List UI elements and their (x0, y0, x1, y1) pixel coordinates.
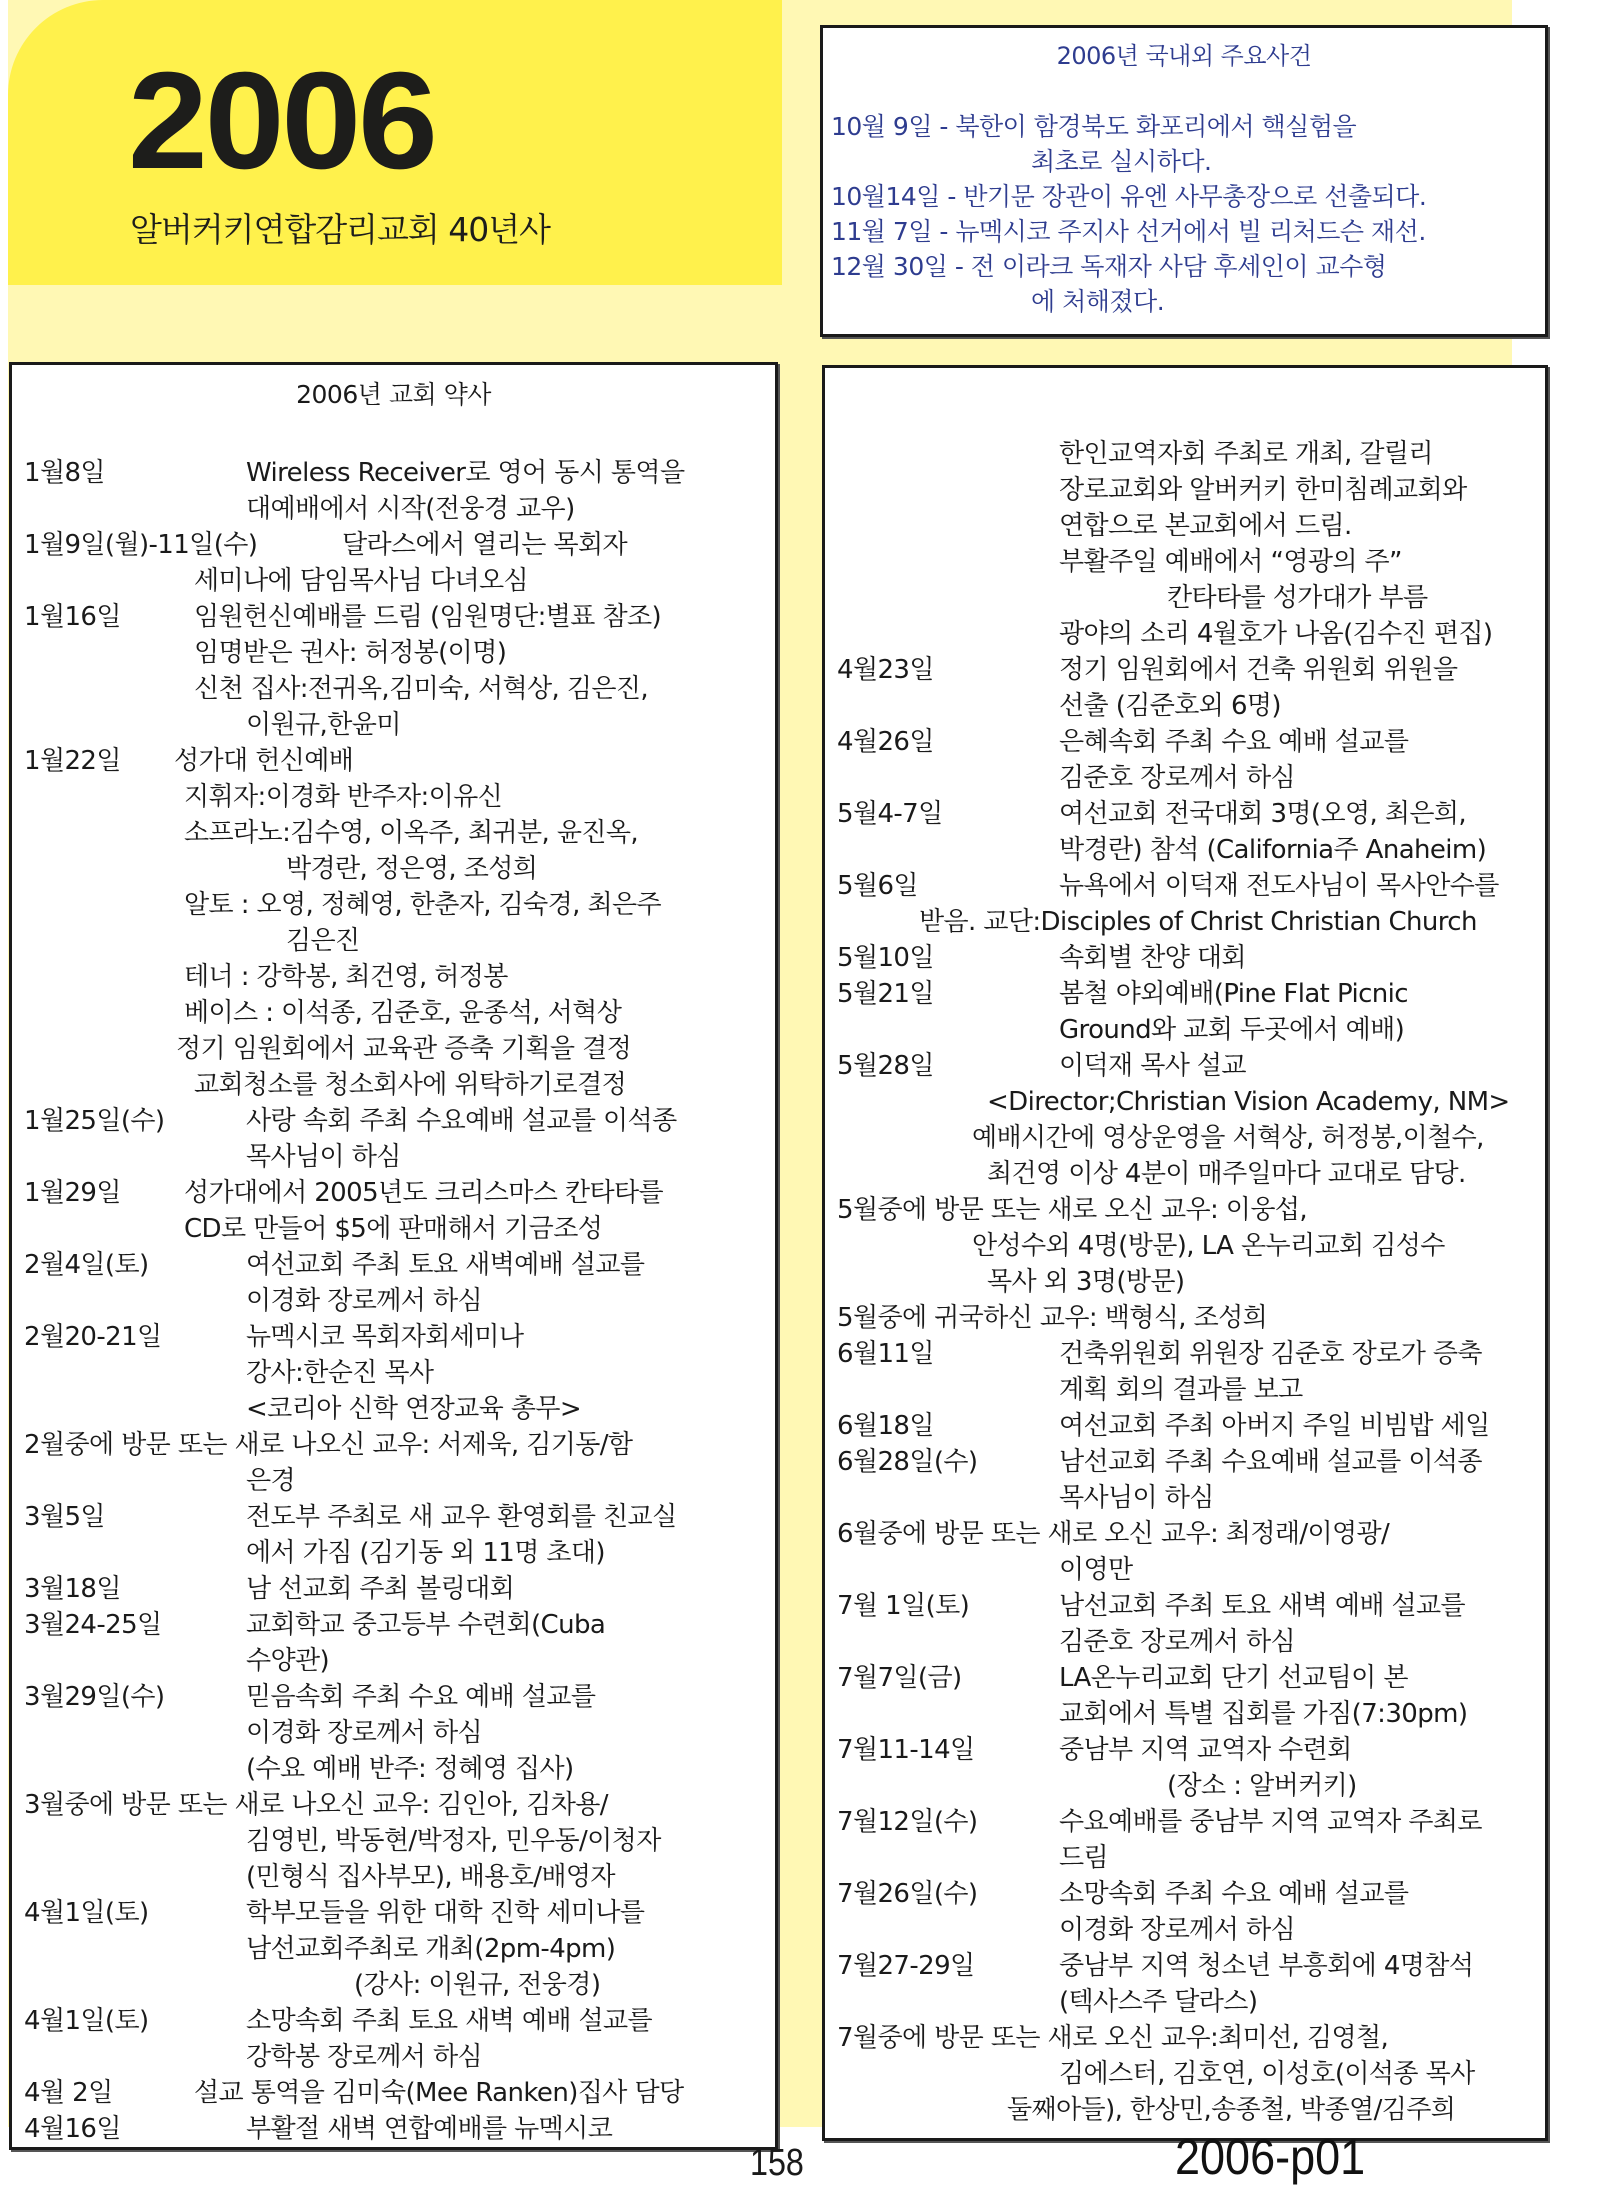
history-entry-line: 6월18일여선교회 주최 아버지 주일 비빔밥 세일 (837, 1408, 1545, 1444)
entry-text: 학부모들을 위한 대학 진학 세미나를 (246, 1895, 644, 1931)
history-entry-line: 최건영 이상 4분이 매주일마다 교대로 담당. (837, 1156, 1545, 1192)
history-entry-line: 7월중에 방문 또는 새로 오신 교우:최미선, 김영철, (837, 2020, 1545, 2056)
entry-date: 6월11일 (837, 1336, 934, 1372)
history-entry-line: 4월23일정기 임원회에서 건축 위원회 위원을 (837, 652, 1545, 688)
book-subtitle: 알버커키연합감리교회 40년사 (130, 204, 550, 251)
world-events-box: 2006년 국내외 주요사건 10월 9일 - 북한이 함경북도 화포리에서 핵… (820, 25, 1548, 337)
entry-text: 속회별 찬양 대회 (1059, 940, 1246, 976)
entry-text: 이영만 (1059, 1552, 1133, 1588)
entry-text: 목사님이 하심 (1059, 1480, 1214, 1516)
history-entry-line: 7월12일(수)수요예배를 중남부 지역 교역자 주최로 (837, 1804, 1545, 1840)
history-entry-line: 3월24-25일교회학교 중고등부 수련회(Cuba (24, 1607, 775, 1643)
entry-text: 안성수외 4명(방문), LA 온누리교회 김성수 (972, 1228, 1445, 1264)
entry-date: 4월1일(토) (24, 2003, 149, 2039)
history-entry-line: 5월10일속회별 찬양 대회 (837, 940, 1545, 976)
history-entry-line: 광야의 소리 4월호가 나옴(김수진 편집) (837, 616, 1545, 652)
history-entry-line: 5월6일뉴욕에서 이덕재 전도사님이 목사안수를 (837, 868, 1545, 904)
history-list-right: 한인교역자회 주최로 개최, 갈릴리장로교회와 알버커키 한미침례교회와연합으로… (825, 436, 1545, 2128)
history-entry-line: 김준호 장로께서 하심 (837, 760, 1545, 796)
entry-text: 교회학교 중고등부 수련회(Cuba (246, 1607, 605, 1643)
entry-date: 1월22일 (24, 743, 121, 779)
history-entry-line: 교회에서 특별 집회를 가짐(7:30pm) (837, 1696, 1545, 1732)
entry-text: 장로교회와 알버커키 한미침례교회와 (1059, 472, 1467, 508)
entry-text: 김은진 (286, 923, 360, 959)
entry-date: 2월20-21일 (24, 1319, 162, 1355)
world-event-line: 에 처해졌다. (831, 284, 1545, 319)
world-event-line: 12월 30일 - 전 이라크 독재자 사담 후세인이 교수형 (831, 249, 1545, 284)
history-entry-line: 베이스 : 이석종, 김준호, 윤종석, 서혁상 (24, 995, 775, 1031)
entry-date: 7월중에 방문 또는 새로 오신 교우:최미선, 김영철, (837, 2020, 1388, 2056)
entry-text: 뉴욕에서 이덕재 전도사님이 목사안수를 (1059, 868, 1499, 904)
entry-text: 은경 (246, 1463, 295, 1499)
world-events-list: 10월 9일 - 북한이 함경북도 화포리에서 핵실험을최초로 실시하다.10월… (823, 109, 1545, 319)
page-code: 2006-p01 (1175, 2128, 1365, 2186)
entry-text: 이경화 장로께서 하심 (246, 1715, 482, 1751)
entry-date: 2월4일(토) (24, 1247, 149, 1283)
history-entry-line: 박경란) 참석 (California주 Anaheim) (837, 832, 1545, 868)
entry-date: 6월28일(수) (837, 1444, 977, 1480)
history-entry-line: 4월26일은혜속회 주최 수요 예배 설교를 (837, 724, 1545, 760)
entry-text: CD로 만들어 $5에 판매해서 기금조성 (184, 1211, 602, 1247)
entry-text: 성가대 헌신예배 (174, 743, 353, 779)
page-number: 158 (750, 2142, 804, 2185)
church-history-right-column: 한인교역자회 주최로 개최, 갈릴리장로교회와 알버커키 한미침례교회와연합으로… (822, 365, 1548, 2141)
entry-date: 1월29일 (24, 1175, 121, 1211)
entry-text: 임명받은 권사: 허정봉(이명) (194, 635, 506, 671)
entry-text: 남선교회 주최 토요 새벽 예배 설교를 (1059, 1588, 1465, 1624)
entry-text: 임원헌신예배를 드림 (임원명단:별표 참조) (194, 599, 661, 635)
history-entry-line: 연합으로 본교회에서 드림. (837, 508, 1545, 544)
entry-text: LA온누리교회 단기 선교팀이 본 (1059, 1660, 1408, 1696)
entry-text: 테너 : 강학봉, 최건영, 허정봉 (184, 959, 508, 995)
history-entry-line: 7월 1일(토)남선교회 주최 토요 새벽 예배 설교를 (837, 1588, 1545, 1624)
history-entry-line: 지휘자:이경화 반주자:이유신 (24, 779, 775, 815)
history-entry-line: 드림 (837, 1840, 1545, 1876)
entry-date: 5월21일 (837, 976, 934, 1012)
entry-date: 5월중에 귀국하신 교우: 백형식, 조성희 (837, 1300, 1267, 1336)
history-entry-line: 둘째아들), 한상민,송종철, 박종열/김주희 (837, 2092, 1545, 2128)
entry-text: (강사: 이원규, 전웅경) (354, 1967, 600, 2003)
entry-text: 알토 : 오영, 정혜영, 한춘자, 김숙경, 최은주 (184, 887, 661, 923)
history-entry-line: 예배시간에 영상운영을 서혁상, 허정봉,이철수, (837, 1120, 1545, 1156)
entry-date: 5월4-7일 (837, 796, 943, 832)
entry-text: (민형식 집사부모), 배용호/배영자 (246, 1859, 615, 1895)
entry-text: 강사:한순진 목사 (246, 1355, 433, 1391)
history-entry-line: 2월20-21일뉴멕시코 목회자회세미나 (24, 1319, 775, 1355)
entry-date: 3월중에 방문 또는 새로 나오신 교우: 김인아, 김차용/ (24, 1787, 608, 1823)
entry-text: 한인교역자회 주최로 개최, 갈릴리 (1059, 436, 1433, 472)
history-entry-line: 목사님이 하심 (24, 1139, 775, 1175)
entry-text: 전도부 주최로 새 교우 환영회를 친교실 (246, 1499, 677, 1535)
history-entry-line: 강사:한순진 목사 (24, 1355, 775, 1391)
history-entry-line: 5월중에 방문 또는 새로 오신 교우: 이웅섭, (837, 1192, 1545, 1228)
entry-text: 신천 집사:전귀옥,김미숙, 서혁상, 김은진, (194, 671, 648, 707)
history-entry-line: 5월4-7일여선교회 전국대회 3명(오영, 최은희, (837, 796, 1545, 832)
entry-text: 김준호 장로께서 하심 (1059, 760, 1295, 796)
entry-text: 둘째아들), 한상민,송종철, 박종열/김주희 (1007, 2092, 1455, 2128)
entry-text: 은혜속회 주최 수요 예배 설교를 (1059, 724, 1408, 760)
entry-text: Wireless Receiver로 영어 동시 통역을 (246, 455, 684, 491)
entry-date: 4월23일 (837, 652, 934, 688)
history-entry-line: 테너 : 강학봉, 최건영, 허정봉 (24, 959, 775, 995)
entry-text: (텍사스주 달라스) (1059, 1984, 1257, 2020)
entry-text: 이경화 장로께서 하심 (246, 1283, 482, 1319)
entry-text: <코리아 신학 연장교육 총무> (246, 1391, 581, 1427)
world-event-line: 10월14일 - 반기문 장관이 유엔 사무총장으로 선출되다. (831, 179, 1545, 214)
entry-text: 지휘자:이경화 반주자:이유신 (184, 779, 502, 815)
entry-date: 7월11-14일 (837, 1732, 975, 1768)
entry-date: 5월중에 방문 또는 새로 오신 교우: 이웅섭, (837, 1192, 1307, 1228)
entry-text: 정기 임원회에서 건축 위원회 위원을 (1059, 652, 1457, 688)
entry-text: 여선교회 전국대회 3명(오영, 최은희, (1059, 796, 1466, 832)
entry-text: 이경화 장로께서 하심 (1059, 1912, 1295, 1948)
history-entry-line: 수양관) (24, 1643, 775, 1679)
history-entry-line: 7월11-14일중남부 지역 교역자 수련회 (837, 1732, 1545, 1768)
entry-text: <Director;Christian Vision Academy, NM> (987, 1084, 1510, 1120)
history-entry-line: 계획 회의 결과를 보고 (837, 1372, 1545, 1408)
entry-text: 여선교회 주최 아버지 주일 비빔밥 세일 (1059, 1408, 1490, 1444)
entry-text: 이원규,한윤미 (246, 707, 401, 743)
entry-date: 6월중에 방문 또는 새로 오신 교우: 최정래/이영광/ (837, 1516, 1389, 1552)
entry-text: 여선교회 주최 토요 새벽예배 설교를 (246, 1247, 644, 1283)
entry-text: 받음. 교단:Disciples of Christ Christian Chu… (919, 904, 1477, 940)
history-entry-line: (강사: 이원규, 전웅경) (24, 1967, 775, 2003)
history-entry-line: 세미나에 담임목사님 다녀오심 (24, 563, 775, 599)
history-entry-line: 한인교역자회 주최로 개최, 갈릴리 (837, 436, 1545, 472)
history-entry-line: 3월18일남 선교회 주최 볼링대회 (24, 1571, 775, 1607)
entry-text: 김준호 장로께서 하심 (1059, 1624, 1295, 1660)
history-entry-line: 5월21일봄철 야외예배(Pine Flat Picnic (837, 976, 1545, 1012)
entry-text: 박경란) 참석 (California주 Anaheim) (1059, 832, 1486, 868)
history-entry-line: 이경화 장로께서 하심 (24, 1715, 775, 1751)
history-entry-line: 정기 임원회에서 교육관 증축 기획을 결정 (24, 1031, 775, 1067)
entry-date: 4월26일 (837, 724, 934, 760)
entry-text: 중남부 지역 교역자 수련회 (1059, 1732, 1352, 1768)
entry-date: 4월1일(토) (24, 1895, 149, 1931)
entry-text: 칸타타를 성가대가 부름 (1167, 580, 1428, 616)
history-entry-line: 4월16일부활절 새벽 연합예배를 뉴멕시코 (24, 2111, 775, 2147)
entry-text: 교회에서 특별 집회를 가짐(7:30pm) (1059, 1696, 1467, 1732)
history-entry-line: 목사 외 3명(방문) (837, 1264, 1545, 1300)
entry-text: 강학봉 장로께서 하심 (246, 2039, 482, 2075)
entry-date: 4월16일 (24, 2111, 121, 2147)
history-entry-line: 3월5일전도부 주최로 새 교우 환영회를 친교실 (24, 1499, 775, 1535)
entry-text: 소망속회 주최 수요 예배 설교를 (1059, 1876, 1408, 1912)
entry-text: 뉴멕시코 목회자회세미나 (246, 1319, 523, 1355)
history-entry-line: CD로 만들어 $5에 판매해서 기금조성 (24, 1211, 775, 1247)
history-entry-line: Ground와 교회 두곳에서 예배) (837, 1012, 1545, 1048)
history-entry-line: 이영만 (837, 1552, 1545, 1588)
history-entry-line: (수요 예배 반주: 정혜영 집사) (24, 1751, 775, 1787)
entry-text: 김에스터, 김호연, 이성호(이석종 목사 (1059, 2056, 1475, 2092)
entry-date: 1월8일 (24, 455, 105, 491)
entry-text: 사랑 속회 주최 수요예배 설교를 이석종 (246, 1103, 677, 1139)
entry-text: 수요예배를 중남부 지역 교역자 주최로 (1059, 1804, 1482, 1840)
entry-date: 7월 1일(토) (837, 1588, 969, 1624)
history-entry-line: 알토 : 오영, 정혜영, 한춘자, 김숙경, 최은주 (24, 887, 775, 923)
entry-date: 4월 2일 (24, 2075, 113, 2111)
entry-date: 1월25일(수) (24, 1103, 164, 1139)
entry-date: 2월중에 방문 또는 새로 나오신 교우: 서제욱, 김기동/함 (24, 1427, 632, 1463)
history-entry-line: 김영빈, 박동현/박정자, 민우동/이청자 (24, 1823, 775, 1859)
history-entry-line: 이경화 장로께서 하심 (837, 1912, 1545, 1948)
entry-text: 소프라노:김수영, 이옥주, 최귀분, 윤진옥, (184, 815, 638, 851)
entry-text: 광야의 소리 4월호가 나옴(김수진 편집) (1059, 616, 1492, 652)
history-entry-line: 이경화 장로께서 하심 (24, 1283, 775, 1319)
entry-date: 3월24-25일 (24, 1607, 162, 1643)
history-entry-line: 임명받은 권사: 허정봉(이명) (24, 635, 775, 671)
history-entry-line: 대예배에서 시작(전웅경 교우) (24, 491, 775, 527)
history-entry-line: 4월1일(토)학부모들을 위한 대학 진학 세미나를 (24, 1895, 775, 1931)
entry-date: 7월12일(수) (837, 1804, 977, 1840)
history-entry-line: 신천 집사:전귀옥,김미숙, 서혁상, 김은진, (24, 671, 775, 707)
history-entry-line: 3월29일(수)믿음속회 주최 수요 예배 설교를 (24, 1679, 775, 1715)
history-entry-line: 1월9일(월)-11일(수)달라스에서 열리는 목회자 (24, 527, 775, 563)
history-entry-line: 박경란, 정은영, 조성희 (24, 851, 775, 887)
entry-text: 중남부 지역 청소년 부흥회에 4명참석 (1059, 1948, 1473, 1984)
entry-text: 김영빈, 박동현/박정자, 민우동/이청자 (246, 1823, 661, 1859)
entry-date: 5월28일 (837, 1048, 934, 1084)
history-entry-line: 에서 가짐 (김기동 외 11명 초대) (24, 1535, 775, 1571)
entry-text: 믿음속회 주최 수요 예배 설교를 (246, 1679, 595, 1715)
history-entry-line: 5월중에 귀국하신 교우: 백형식, 조성희 (837, 1300, 1545, 1336)
church-history-title: 2006년 교회 약사 (12, 375, 775, 411)
entry-date: 7월27-29일 (837, 1948, 975, 1984)
history-entry-line: 선출 (김준호외 6명) (837, 688, 1545, 724)
history-entry-line: 6월11일건축위원회 위원장 김준호 장로가 증축 (837, 1336, 1545, 1372)
history-entry-line: 2월4일(토)여선교회 주최 토요 새벽예배 설교를 (24, 1247, 775, 1283)
history-entry-line: 2월중에 방문 또는 새로 나오신 교우: 서제욱, 김기동/함 (24, 1427, 775, 1463)
entry-date: 5월10일 (837, 940, 934, 976)
entry-text: 목사님이 하심 (246, 1139, 401, 1175)
history-list-left: 1월8일Wireless Receiver로 영어 동시 통역을대예배에서 시작… (12, 455, 775, 2147)
entry-text: 수양관) (246, 1643, 329, 1679)
world-event-line: 10월 9일 - 북한이 함경북도 화포리에서 핵실험을 (831, 109, 1545, 144)
entry-date: 7월26일(수) (837, 1876, 977, 1912)
entry-text: 부활주일 예배에서 “영광의 주” (1059, 544, 1402, 580)
entry-date: 3월29일(수) (24, 1679, 164, 1715)
entry-date: 5월6일 (837, 868, 918, 904)
church-history-left-column: 2006년 교회 약사 1월8일Wireless Receiver로 영어 동시… (9, 362, 778, 2150)
entry-text: 성가대에서 2005년도 크리스마스 칸타타를 (184, 1175, 663, 1211)
history-entry-line: 1월16일임원헌신예배를 드림 (임원명단:별표 참조) (24, 599, 775, 635)
entry-text: 에서 가짐 (김기동 외 11명 초대) (246, 1535, 605, 1571)
history-entry-line: 김은진 (24, 923, 775, 959)
entry-date: 7월7일(금) (837, 1660, 962, 1696)
history-entry-line: <코리아 신학 연장교육 총무> (24, 1391, 775, 1427)
history-entry-line: 소프라노:김수영, 이옥주, 최귀분, 윤진옥, (24, 815, 775, 851)
history-entry-line: 1월29일성가대에서 2005년도 크리스마스 칸타타를 (24, 1175, 775, 1211)
year-heading: 2006 (128, 52, 435, 190)
entry-text: 이덕재 목사 설교 (1059, 1048, 1246, 1084)
entry-text: 최건영 이상 4분이 매주일마다 교대로 담당. (987, 1156, 1466, 1192)
history-entry-line: 1월22일성가대 헌신예배 (24, 743, 775, 779)
entry-date: 1월16일 (24, 599, 121, 635)
entry-date: 3월18일 (24, 1571, 121, 1607)
history-entry-line: 김준호 장로께서 하심 (837, 1624, 1545, 1660)
entry-text: 교회청소를 청소회사에 위탁하기로결정 (194, 1067, 626, 1103)
entry-text: 정기 임원회에서 교육관 증축 기획을 결정 (176, 1031, 631, 1067)
history-entry-line: 7월26일(수)소망속회 주최 수요 예배 설교를 (837, 1876, 1545, 1912)
entry-text: Ground와 교회 두곳에서 예배) (1059, 1012, 1404, 1048)
entry-text: 소망속회 주최 토요 새벽 예배 설교를 (246, 2003, 652, 2039)
entry-text: 달라스에서 열리는 목회자 (342, 527, 627, 563)
history-entry-line: 목사님이 하심 (837, 1480, 1545, 1516)
history-entry-line: 김에스터, 김호연, 이성호(이석종 목사 (837, 2056, 1545, 2092)
entry-text: 세미나에 담임목사님 다녀오심 (194, 563, 528, 599)
entry-date: 3월5일 (24, 1499, 105, 1535)
history-entry-line: 안성수외 4명(방문), LA 온누리교회 김성수 (837, 1228, 1545, 1264)
history-entry-line: 받음. 교단:Disciples of Christ Christian Chu… (837, 904, 1545, 940)
history-entry-line: 1월25일(수)사랑 속회 주최 수요예배 설교를 이석종 (24, 1103, 775, 1139)
entry-text: 남선교회주최로 개최(2pm-4pm) (246, 1931, 615, 1967)
history-entry-line: (텍사스주 달라스) (837, 1984, 1545, 2020)
entry-text: 드림 (1059, 1840, 1108, 1876)
history-entry-line: 이원규,한윤미 (24, 707, 775, 743)
history-entry-line: <Director;Christian Vision Academy, NM> (837, 1084, 1545, 1120)
world-events-title: 2006년 국내외 주요사건 (823, 36, 1545, 71)
history-entry-line: 교회청소를 청소회사에 위탁하기로결정 (24, 1067, 775, 1103)
entry-text: 부활절 새벽 연합예배를 뉴멕시코 (246, 2111, 612, 2147)
history-entry-line: 4월1일(토)소망속회 주최 토요 새벽 예배 설교를 (24, 2003, 775, 2039)
entry-text: (장소 : 알버커키) (1167, 1768, 1357, 1804)
history-entry-line: 부활주일 예배에서 “영광의 주” (837, 544, 1545, 580)
entry-text: 계획 회의 결과를 보고 (1059, 1372, 1303, 1408)
entry-text: 선출 (김준호외 6명) (1059, 688, 1281, 724)
history-entry-line: 1월8일Wireless Receiver로 영어 동시 통역을 (24, 455, 775, 491)
history-entry-line: (장소 : 알버커키) (837, 1768, 1545, 1804)
history-entry-line: 은경 (24, 1463, 775, 1499)
history-entry-line: 7월27-29일중남부 지역 청소년 부흥회에 4명참석 (837, 1948, 1545, 1984)
history-entry-line: 6월28일(수)남선교회 주최 수요예배 설교를 이석종 (837, 1444, 1545, 1480)
history-entry-line: 칸타타를 성가대가 부름 (837, 580, 1545, 616)
entry-date: 1월9일(월)-11일(수) (24, 527, 257, 563)
entry-text: 베이스 : 이석종, 김준호, 윤종석, 서혁상 (184, 995, 621, 1031)
entry-text: 예배시간에 영상운영을 서혁상, 허정봉,이철수, (972, 1120, 1484, 1156)
history-entry-line: 3월중에 방문 또는 새로 나오신 교우: 김인아, 김차용/ (24, 1787, 775, 1823)
history-entry-line: 강학봉 장로께서 하심 (24, 2039, 775, 2075)
history-entry-line: 5월28일이덕재 목사 설교 (837, 1048, 1545, 1084)
entry-text: 남선교회 주최 수요예배 설교를 이석종 (1059, 1444, 1482, 1480)
entry-text: 건축위원회 위원장 김준호 장로가 증축 (1059, 1336, 1482, 1372)
world-event-line: 최초로 실시하다. (831, 144, 1545, 179)
history-entry-line: 4월 2일설교 통역을 김미숙(Mee Ranken)집사 담당 (24, 2075, 775, 2111)
entry-text: (수요 예배 반주: 정혜영 집사) (246, 1751, 574, 1787)
history-entry-line: 장로교회와 알버커키 한미침례교회와 (837, 472, 1545, 508)
history-entry-line: 남선교회주최로 개최(2pm-4pm) (24, 1931, 775, 1967)
entry-text: 설교 통역을 김미숙(Mee Ranken)집사 담당 (194, 2075, 683, 2111)
title-block: 2006 알버커키연합감리교회 40년사 (8, 0, 782, 285)
history-entry-line: 7월7일(금)LA온누리교회 단기 선교팀이 본 (837, 1660, 1545, 1696)
entry-date: 6월18일 (837, 1408, 934, 1444)
entry-text: 남 선교회 주최 볼링대회 (246, 1571, 514, 1607)
history-entry-line: 6월중에 방문 또는 새로 오신 교우: 최정래/이영광/ (837, 1516, 1545, 1552)
entry-text: 대예배에서 시작(전웅경 교우) (246, 491, 575, 527)
entry-text: 목사 외 3명(방문) (987, 1264, 1184, 1300)
world-event-line: 11월 7일 - 뉴멕시코 주지사 선거에서 빌 리처드슨 재선. (831, 214, 1545, 249)
history-entry-line: (민형식 집사부모), 배용호/배영자 (24, 1859, 775, 1895)
entry-text: 박경란, 정은영, 조성희 (286, 851, 537, 887)
entry-text: 봄철 야외예배(Pine Flat Picnic (1059, 976, 1408, 1012)
entry-text: 연합으로 본교회에서 드림. (1059, 508, 1352, 544)
